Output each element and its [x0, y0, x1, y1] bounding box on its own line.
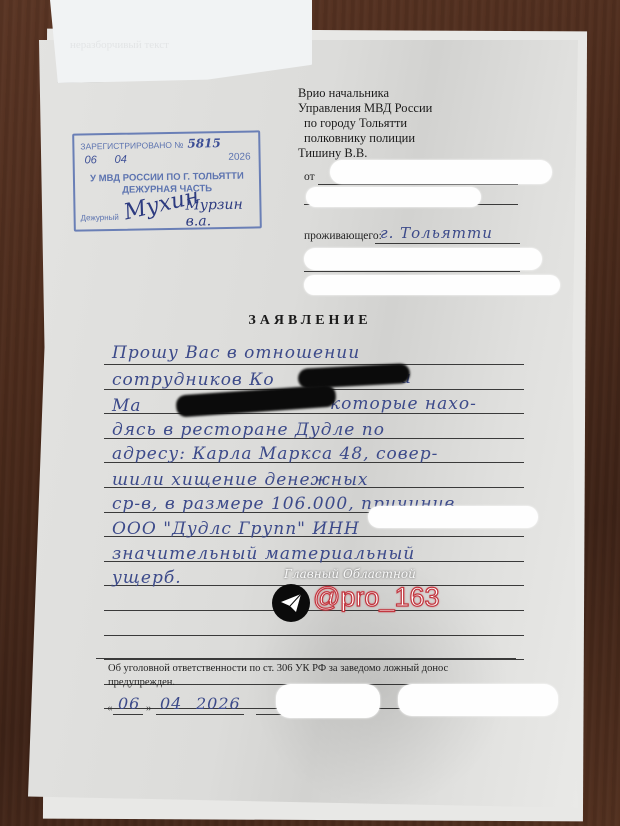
date-day: 06 [118, 694, 140, 713]
ruled-line [104, 364, 524, 365]
body-line-3: Ма [112, 396, 142, 416]
redaction-signature [276, 684, 380, 718]
telegram-icon [272, 584, 310, 622]
stamp-year: 2026 [228, 152, 250, 163]
body-line-4: дясь в ресторане Дудле по [112, 420, 385, 440]
body-line-3-cont: которые нахо- [330, 394, 477, 414]
notice-top-line [96, 658, 516, 659]
ruled-line-empty [104, 659, 524, 660]
addressee-line: по городу Тольятти [298, 116, 432, 131]
body-line-9: значительный материальный [112, 544, 415, 564]
body-line-1: Прошу Вас в отношении [112, 343, 360, 363]
registration-stamp: ЗАРЕГИСТРИРОВАНО №5815 06 04 2026 У МВД … [72, 130, 262, 231]
body-line-8: ООО "Дудлс Групп" ИНН [112, 519, 360, 539]
from-line [318, 184, 518, 185]
date-month: 04 [160, 694, 182, 713]
paper-plane-icon [280, 593, 302, 613]
body-line-6: шили хищение денежных [112, 470, 369, 490]
addressee-line: Управления МВД России [298, 101, 432, 116]
ruled-line [104, 635, 524, 636]
from-label: от [304, 171, 315, 183]
redaction-inn [368, 506, 538, 528]
body-line-2: сотрудников Ко [112, 370, 275, 390]
redaction-full-name [398, 684, 558, 716]
date-open-quote: « [107, 702, 113, 714]
residing-line [375, 243, 520, 244]
residing-label: проживающего: [304, 230, 382, 242]
channel-label: Главный Областной [284, 567, 416, 581]
addressee-line: Тишину В.В. [298, 146, 432, 161]
body-line-5: адресу: Карла Маркса 48, совер- [112, 444, 438, 464]
date-year-line [156, 714, 244, 715]
residing-handwritten: г. Тольятти [380, 224, 493, 242]
redaction-from-name [330, 160, 552, 184]
date-close-quote: » [146, 702, 152, 714]
date-day-line [113, 714, 143, 715]
date-year: 2026 [196, 694, 241, 713]
stamp-day: 06 [85, 154, 97, 166]
stamp-month: 04 [115, 154, 127, 166]
stamp-registered: ЗАРЕГИСТРИРОВАНО №5815 [80, 136, 221, 152]
document-title: ЗАЯВЛЕНИЕ [0, 313, 620, 329]
addressee-line: полковнику полиции [298, 131, 432, 146]
address-line-2 [304, 271, 520, 272]
redaction-address-2 [304, 275, 560, 295]
stamp-duty-label: Дежурный [81, 213, 119, 223]
addressee-block: Врио начальника Управления МВД России по… [298, 86, 432, 161]
duty-signature-name: Мурзин в.а. [185, 196, 260, 229]
faint-slip-text: неразборчивый текст [70, 38, 290, 52]
body-line-10: ущерб. [112, 568, 182, 588]
redaction-address-1 [304, 248, 542, 270]
channel-handle: @pro_163 [313, 582, 440, 613]
redaction-from-name-2 [306, 187, 481, 207]
addressee-line: Врио начальника [298, 86, 432, 101]
